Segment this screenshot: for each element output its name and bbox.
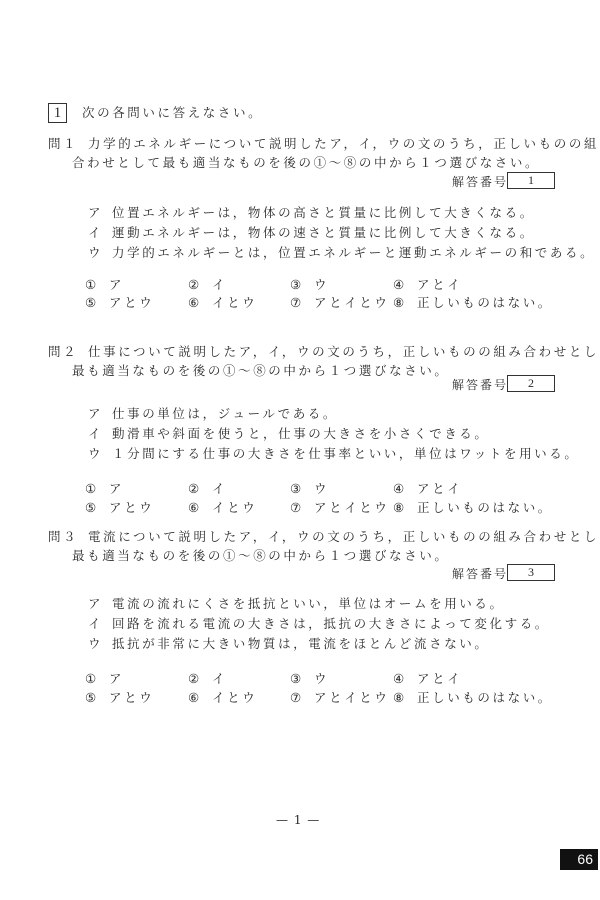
choice-num: ⑧ [393,690,417,705]
choice-num: ② [188,671,212,686]
choice-1: ①ア [85,479,124,497]
choice-text: アとウ [109,295,154,310]
question-label: 問３ [48,529,78,545]
statement-u: ウ１分間にする仕事の大きさを仕事率といい，単位はワットを用いる。 [88,446,579,462]
choice-2: ②イ [188,669,227,687]
choice-text: イ [212,671,227,686]
choice-num: ⑥ [188,500,212,515]
choice-text: ウ [314,277,329,292]
statement-a: ア電流の流れにくさを抵抗といい，単位はオームを用いる。 [88,596,505,612]
choice-num: ⑧ [393,500,417,515]
section-instruction: 次の各問いに答えなさい。 [82,105,263,121]
question-prompt-line1: 力学的エネルギーについて説明したア，イ，ウの文のうち，正しいものの組み [88,136,600,152]
statement-text: 運動エネルギーは，物体の速さと質量に比例して大きくなる。 [112,225,535,240]
choice-4: ④アとイ [393,479,462,497]
choice-num: ② [188,277,212,292]
choice-num: ② [188,481,212,496]
choice-text: イ [212,481,227,496]
choice-8: ⑧正しいものはない。 [393,688,553,706]
page-number: — 1 — [276,813,320,827]
question-prompt-line2: 最も適当なものを後の①～⑧の中から１つ選びなさい。 [72,363,450,379]
choice-num: ④ [393,671,417,686]
question-prompt-line2: 最も適当なものを後の①～⑧の中から１つ選びなさい。 [72,548,450,564]
choice-num: ⑦ [290,690,314,705]
statement-mark: ア [88,205,112,221]
choice-8: ⑧正しいものはない。 [393,293,553,311]
choice-7: ⑦アとイとウ [290,293,390,311]
choice-num: ⑤ [85,690,109,705]
statement-text: 位置エネルギーは，物体の高さと質量に比例して大きくなる。 [112,205,535,220]
statement-mark: イ [88,225,112,241]
statement-i: イ動滑車や斜面を使うと，仕事の大きさを小さくできる。 [88,426,490,442]
choice-3: ③ウ [290,669,329,687]
statement-mark: ウ [88,245,112,261]
statement-mark: イ [88,616,112,632]
choice-6: ⑥イとウ [188,688,257,706]
choice-num: ⑦ [290,500,314,515]
choice-7: ⑦アとイとウ [290,498,390,516]
statement-mark: ア [88,596,112,612]
choice-6: ⑥イとウ [188,293,257,311]
choice-4: ④アとイ [393,669,462,687]
statement-i: イ運動エネルギーは，物体の速さと質量に比例して大きくなる。 [88,225,535,241]
statement-a: ア仕事の単位は，ジュールである。 [88,406,338,422]
statement-text: 回路を流れる電流の大きさは，抵抗の大きさによって変化する。 [112,616,550,631]
choice-text: イ [212,277,227,292]
choice-text: アとイ [417,277,462,292]
choice-5: ⑤アとウ [85,293,154,311]
choice-text: アとイ [417,481,462,496]
question-prompt-line1: 電流について説明したア，イ，ウの文のうち，正しいものの組み合わせとして [88,529,600,545]
choice-num: ⑥ [188,295,212,310]
choice-text: アとイとウ [314,295,390,310]
choice-text: アとイ [417,671,462,686]
statement-text: 仕事の単位は，ジュールである。 [112,406,338,421]
choice-text: ア [109,277,124,292]
choice-num: ① [85,481,109,496]
choice-text: アとイとウ [314,690,390,705]
statement-text: 動滑車や斜面を使うと，仕事の大きさを小さくできる。 [112,426,490,441]
statement-i: イ回路を流れる電流の大きさは，抵抗の大きさによって変化する。 [88,616,550,632]
statement-mark: ア [88,406,112,422]
choice-2: ②イ [188,275,227,293]
choice-text: 正しいものはない。 [417,295,553,310]
choice-text: アとウ [109,500,154,515]
choice-text: 正しいものはない。 [417,500,553,515]
statement-u: ウ力学的エネルギーとは，位置エネルギーと運動エネルギーの和である。 [88,245,595,261]
choice-num: ③ [290,481,314,496]
choice-5: ⑤アとウ [85,498,154,516]
choice-text: イとウ [212,690,257,705]
choice-text: ア [109,481,124,496]
choice-num: ④ [393,481,417,496]
choice-1: ①ア [85,669,124,687]
choice-6: ⑥イとウ [188,498,257,516]
statement-u: ウ抵抗が非常に大きい物質は，電流をほとんど流さない。 [88,636,490,652]
choice-text: ウ [314,671,329,686]
statement-text: １分間にする仕事の大きさを仕事率といい，単位はワットを用いる。 [112,446,579,461]
answer-number-box: 1 [507,172,555,189]
statement-mark: ウ [88,636,112,652]
statement-mark: ウ [88,446,112,462]
choice-num: ③ [290,277,314,292]
answer-number-label: 解答番号 [452,376,508,393]
choice-2: ②イ [188,479,227,497]
choice-num: ③ [290,671,314,686]
choice-num: ⑧ [393,295,417,310]
question-label: 問２ [48,344,78,360]
statement-text: 力学的エネルギーとは，位置エネルギーと運動エネルギーの和である。 [112,245,595,260]
choice-num: ⑦ [290,295,314,310]
section-number-box: 1 [48,103,67,123]
answer-number-box: 2 [507,375,555,392]
choice-3: ③ウ [290,275,329,293]
page-badge: 66 [560,849,598,870]
choice-text: ウ [314,481,329,496]
choice-num: ⑥ [188,690,212,705]
answer-number-label: 解答番号 [452,173,508,190]
answer-number-label: 解答番号 [452,565,508,582]
choice-5: ⑤アとウ [85,688,154,706]
choice-text: アとウ [109,690,154,705]
choice-num: ⑤ [85,500,109,515]
choice-1: ①ア [85,275,124,293]
statement-text: 電流の流れにくさを抵抗といい，単位はオームを用いる。 [112,596,505,611]
statement-mark: イ [88,426,112,442]
choice-8: ⑧正しいものはない。 [393,498,553,516]
choice-text: イとウ [212,295,257,310]
choice-text: ア [109,671,124,686]
choice-num: ① [85,277,109,292]
statement-a: ア位置エネルギーは，物体の高さと質量に比例して大きくなる。 [88,205,535,221]
choice-4: ④アとイ [393,275,462,293]
choice-num: ⑤ [85,295,109,310]
statement-text: 抵抗が非常に大きい物質は，電流をほとんど流さない。 [112,636,490,651]
choice-text: アとイとウ [314,500,390,515]
choice-text: 正しいものはない。 [417,690,553,705]
choice-7: ⑦アとイとウ [290,688,390,706]
question-prompt-line1: 仕事について説明したア，イ，ウの文のうち，正しいものの組み合わせとして [88,344,600,360]
answer-number-box: 3 [507,564,555,581]
question-prompt-line2: 合わせとして最も適当なものを後の①～⑧の中から１つ選びなさい。 [72,155,540,171]
choice-text: イとウ [212,500,257,515]
choice-num: ① [85,671,109,686]
choice-3: ③ウ [290,479,329,497]
choice-num: ④ [393,277,417,292]
question-label: 問１ [48,136,78,152]
